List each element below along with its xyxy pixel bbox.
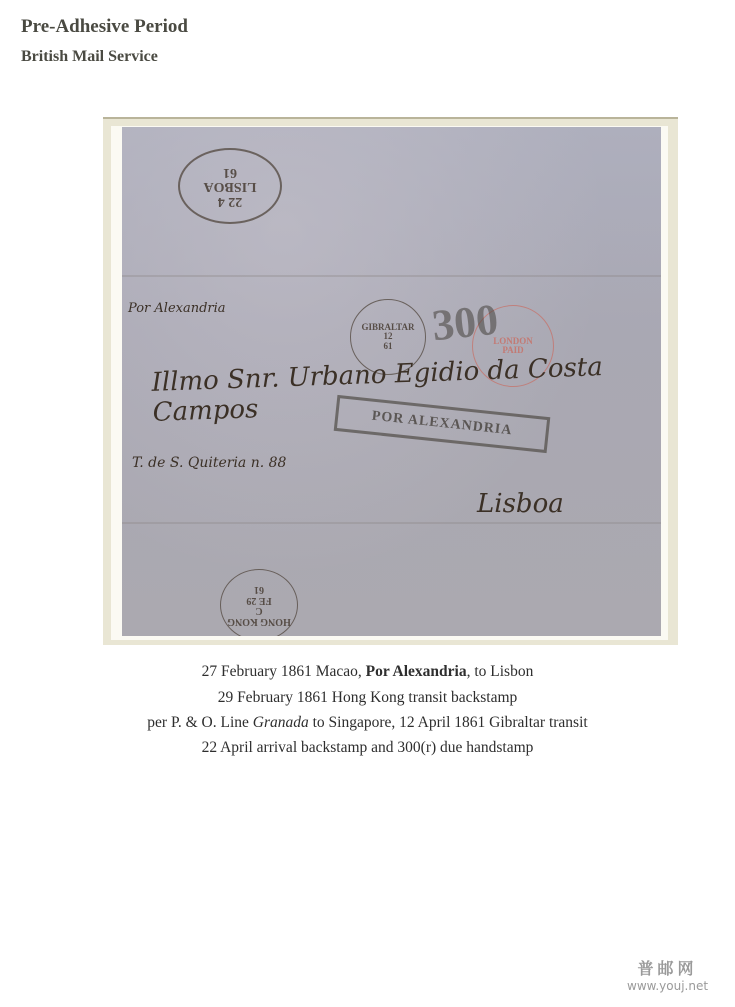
- postmark-code: C: [255, 605, 262, 616]
- postmark-year: 61: [254, 584, 264, 595]
- site-watermark: 普邮网 www.youj.net: [627, 956, 708, 993]
- caption-line-2: 29 February 1861 Hong Kong transit backs…: [0, 689, 735, 707]
- lisboa-arrival-postmark: 22 4 LISBOA 61: [178, 148, 282, 224]
- watermark-chinese-text: 普邮网: [627, 956, 708, 979]
- caption-line-1: 27 February 1861 Macao, Por Alexandria, …: [0, 663, 735, 681]
- page-subtitle: British Mail Service: [21, 48, 158, 66]
- postmark-year: 61: [223, 164, 237, 179]
- postmark-town: LISBOA: [204, 179, 257, 194]
- caption-text: , to Lisbon: [467, 663, 534, 680]
- street-handwriting: T. de S. Quiteria n. 88: [132, 455, 286, 471]
- caption-text: to Singapore, 12 April 1861 Gibraltar tr…: [309, 714, 588, 731]
- fold-line: [122, 522, 661, 524]
- city-handwriting: Lisboa: [477, 489, 564, 519]
- postmark-date: 22 4: [218, 193, 243, 208]
- route-note-handwriting: Por Alexandria: [128, 301, 226, 316]
- watermark-url: www.youj.net: [627, 979, 708, 993]
- caption-line-3: per P. & O. Line Granada to Singapore, 1…: [0, 714, 735, 732]
- caption-text: 27 February 1861 Macao,: [202, 663, 366, 680]
- hong-kong-transit-postmark: HONG KONG C FE 29 61: [220, 569, 298, 636]
- caption-line-4: 22 April arrival backstamp and 300(r) du…: [0, 739, 735, 757]
- postmark-year: 61: [384, 342, 393, 351]
- postal-cover-image: 22 4 LISBOA 61 GIBRALTAR 12 61 LONDON PA…: [122, 127, 661, 636]
- postmark-town: HONG KONG: [227, 616, 291, 627]
- postmark-date: FE 29: [246, 595, 271, 606]
- caption-italic-text: Granada: [253, 714, 309, 731]
- due-handstamp: 300: [430, 294, 501, 352]
- fold-line: [122, 275, 661, 277]
- caption-bold-text: Por Alexandria: [366, 663, 467, 680]
- caption-text: per P. & O. Line: [147, 714, 252, 731]
- page-title: Pre-Adhesive Period: [21, 16, 188, 38]
